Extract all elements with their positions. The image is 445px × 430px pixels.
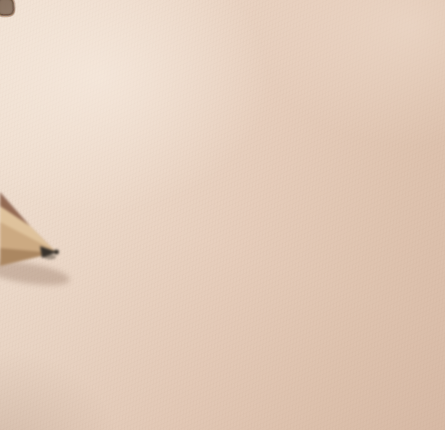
pencil-tip-point [54, 250, 59, 255]
scantron-photo: ABCDEABCDEABCDEABCDEABCDEABCDEABCDEABCDE… [0, 0, 445, 430]
pencil [0, 0, 445, 430]
pencil-tip-smudge [44, 255, 56, 260]
